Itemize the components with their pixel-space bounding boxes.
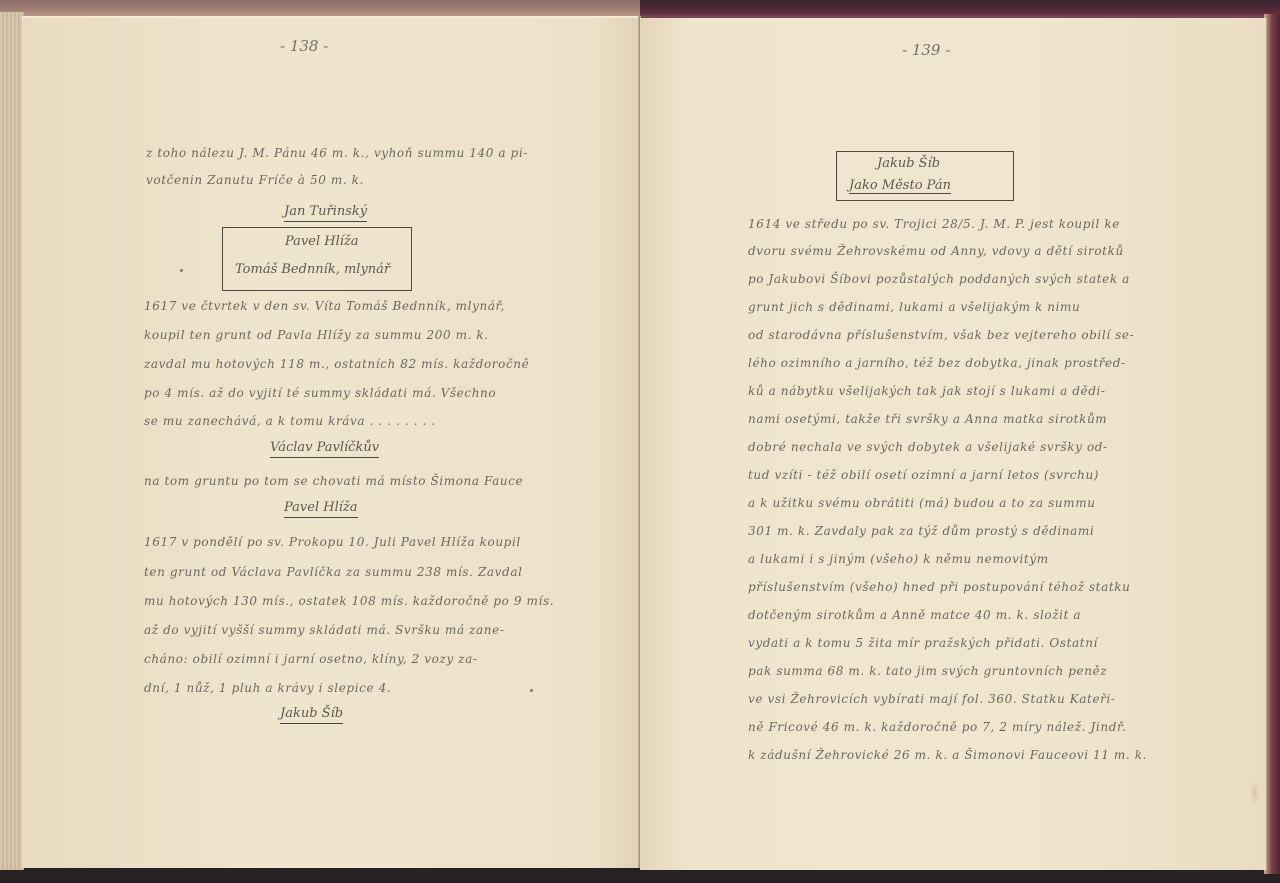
- entry-line: po Jakubovi Šíbovi pozůstalých poddaných…: [748, 272, 1130, 286]
- intro-line: votčenin Zanutu Fríče à 50 m. k.: [146, 173, 364, 187]
- name-box-right: Jakub Šíb Jako Město Pán: [836, 151, 1014, 201]
- ink-dot: [180, 269, 183, 272]
- paper-stain: [1250, 780, 1260, 806]
- entry-line: a k užitku svému obrátiti (má) budou a t…: [748, 496, 1096, 510]
- entry-line: mu hotových 130 mís., ostatek 108 mís. k…: [144, 594, 554, 608]
- entry-line: vydati a k tomu 5 žita mír pražských při…: [748, 636, 1098, 650]
- entry-line: lého ozimního a jarního, též bez dobytka…: [748, 356, 1126, 370]
- entry-line: a lukami i s jiným (všeho) k němu nemovi…: [748, 552, 1049, 566]
- entry-line: nami osetými, takže tři svršky a Anna ma…: [748, 412, 1107, 426]
- entry-line: koupil ten grunt od Pavla Hlížy za summu…: [144, 328, 489, 342]
- heading-jakub-sib: Jakub Šíb: [280, 706, 343, 724]
- entry-line: 1614 ve středu po sv. Trojici 28/5. J. M…: [748, 217, 1120, 231]
- box-line: Tomáš Bednník, mlynář: [235, 262, 390, 277]
- entry-line: grunt jich s dědinami, lukami a všelijak…: [748, 300, 1080, 314]
- entry-line: příslušenstvím (všeho) hned při postupov…: [748, 580, 1130, 594]
- entry-line: ků a nábytku všelijakých tak jak stojí s…: [748, 384, 1106, 398]
- entry-line: 301 m. k. Zavdaly pak za týž dům prostý …: [748, 524, 1094, 538]
- name-box-left: Pavel Hlíža Tomáš Bednník, mlynář: [222, 227, 412, 291]
- entry-line: dvoru svému Žehrovskému od Anny, vdovy a…: [748, 244, 1124, 258]
- entry-line: k zádušní Žehrovické 26 m. k. a Šimonovi…: [748, 748, 1147, 762]
- heading-jan-turinsky: Jan Tuřinský: [284, 204, 367, 222]
- entry-line: ten grunt od Václava Pavlíčka za summu 2…: [144, 565, 523, 579]
- ink-dot: [530, 689, 533, 692]
- box-line: Jako Město Pán: [849, 178, 951, 194]
- entry-line: pak summa 68 m. k. tato jim svých grunto…: [748, 664, 1107, 678]
- entry-line: po 4 mís. až do vyjití té summy skládati…: [144, 386, 496, 400]
- entry-line: dobré nechala ve svých dobytek a všelija…: [748, 440, 1108, 454]
- entry-line: zavdal mu hotových 118 m., ostatních 82 …: [144, 357, 529, 371]
- entry-line: od starodávna příslušenstvím, však bez v…: [748, 328, 1134, 342]
- box-line: Pavel Hlíža: [285, 234, 359, 249]
- entry-line: až do vyjití vyšší summy skládati má. Sv…: [144, 623, 504, 637]
- entry-line: dní, 1 nůž, 1 pluh a krávy i slepice 4.: [144, 681, 391, 695]
- entry-line: 1617 v pondělí po sv. Prokopu 10. Juli P…: [144, 535, 521, 549]
- left-page: - 138 - z toho nálezu J. M. Pánu 46 m. k…: [22, 16, 640, 868]
- note-line: na tom gruntu po tom se chovati má místo…: [144, 474, 523, 488]
- page-number-right: - 139 -: [902, 41, 950, 59]
- entry-line: 1617 ve čtvrtek v den sv. Víta Tomáš Bed…: [144, 299, 505, 313]
- right-page: - 139 - Jakub Šíb Jako Město Pán 1614 ve…: [640, 18, 1267, 870]
- heading-vaclav-pavlickuv: Václav Pavlíčkův: [270, 440, 379, 458]
- page-stack-left: [0, 12, 24, 870]
- entry-line: ně Fricové 46 m. k. každoročně po 7, 2 m…: [748, 720, 1126, 734]
- entry-line: tud vzíti - též obilí osetí ozimní a jar…: [748, 468, 1099, 482]
- page-number-left: - 138 -: [280, 37, 328, 55]
- entry-line: cháno: obilí ozimní i jarní osetno, klín…: [144, 652, 478, 666]
- box-line: Jakub Šíb: [877, 156, 940, 171]
- entry-line: se mu zanechává, a k tomu kráva . . . . …: [144, 414, 436, 428]
- entry-line: ve vsi Žehrovicích vybírati mají fol. 36…: [748, 692, 1116, 706]
- heading-pavel-hliza: Pavel Hlíža: [284, 500, 358, 518]
- entry-line: dotčeným sirotkům a Anně matce 40 m. k. …: [748, 608, 1081, 622]
- intro-line: z toho nálezu J. M. Pánu 46 m. k., vyhoň…: [146, 146, 528, 160]
